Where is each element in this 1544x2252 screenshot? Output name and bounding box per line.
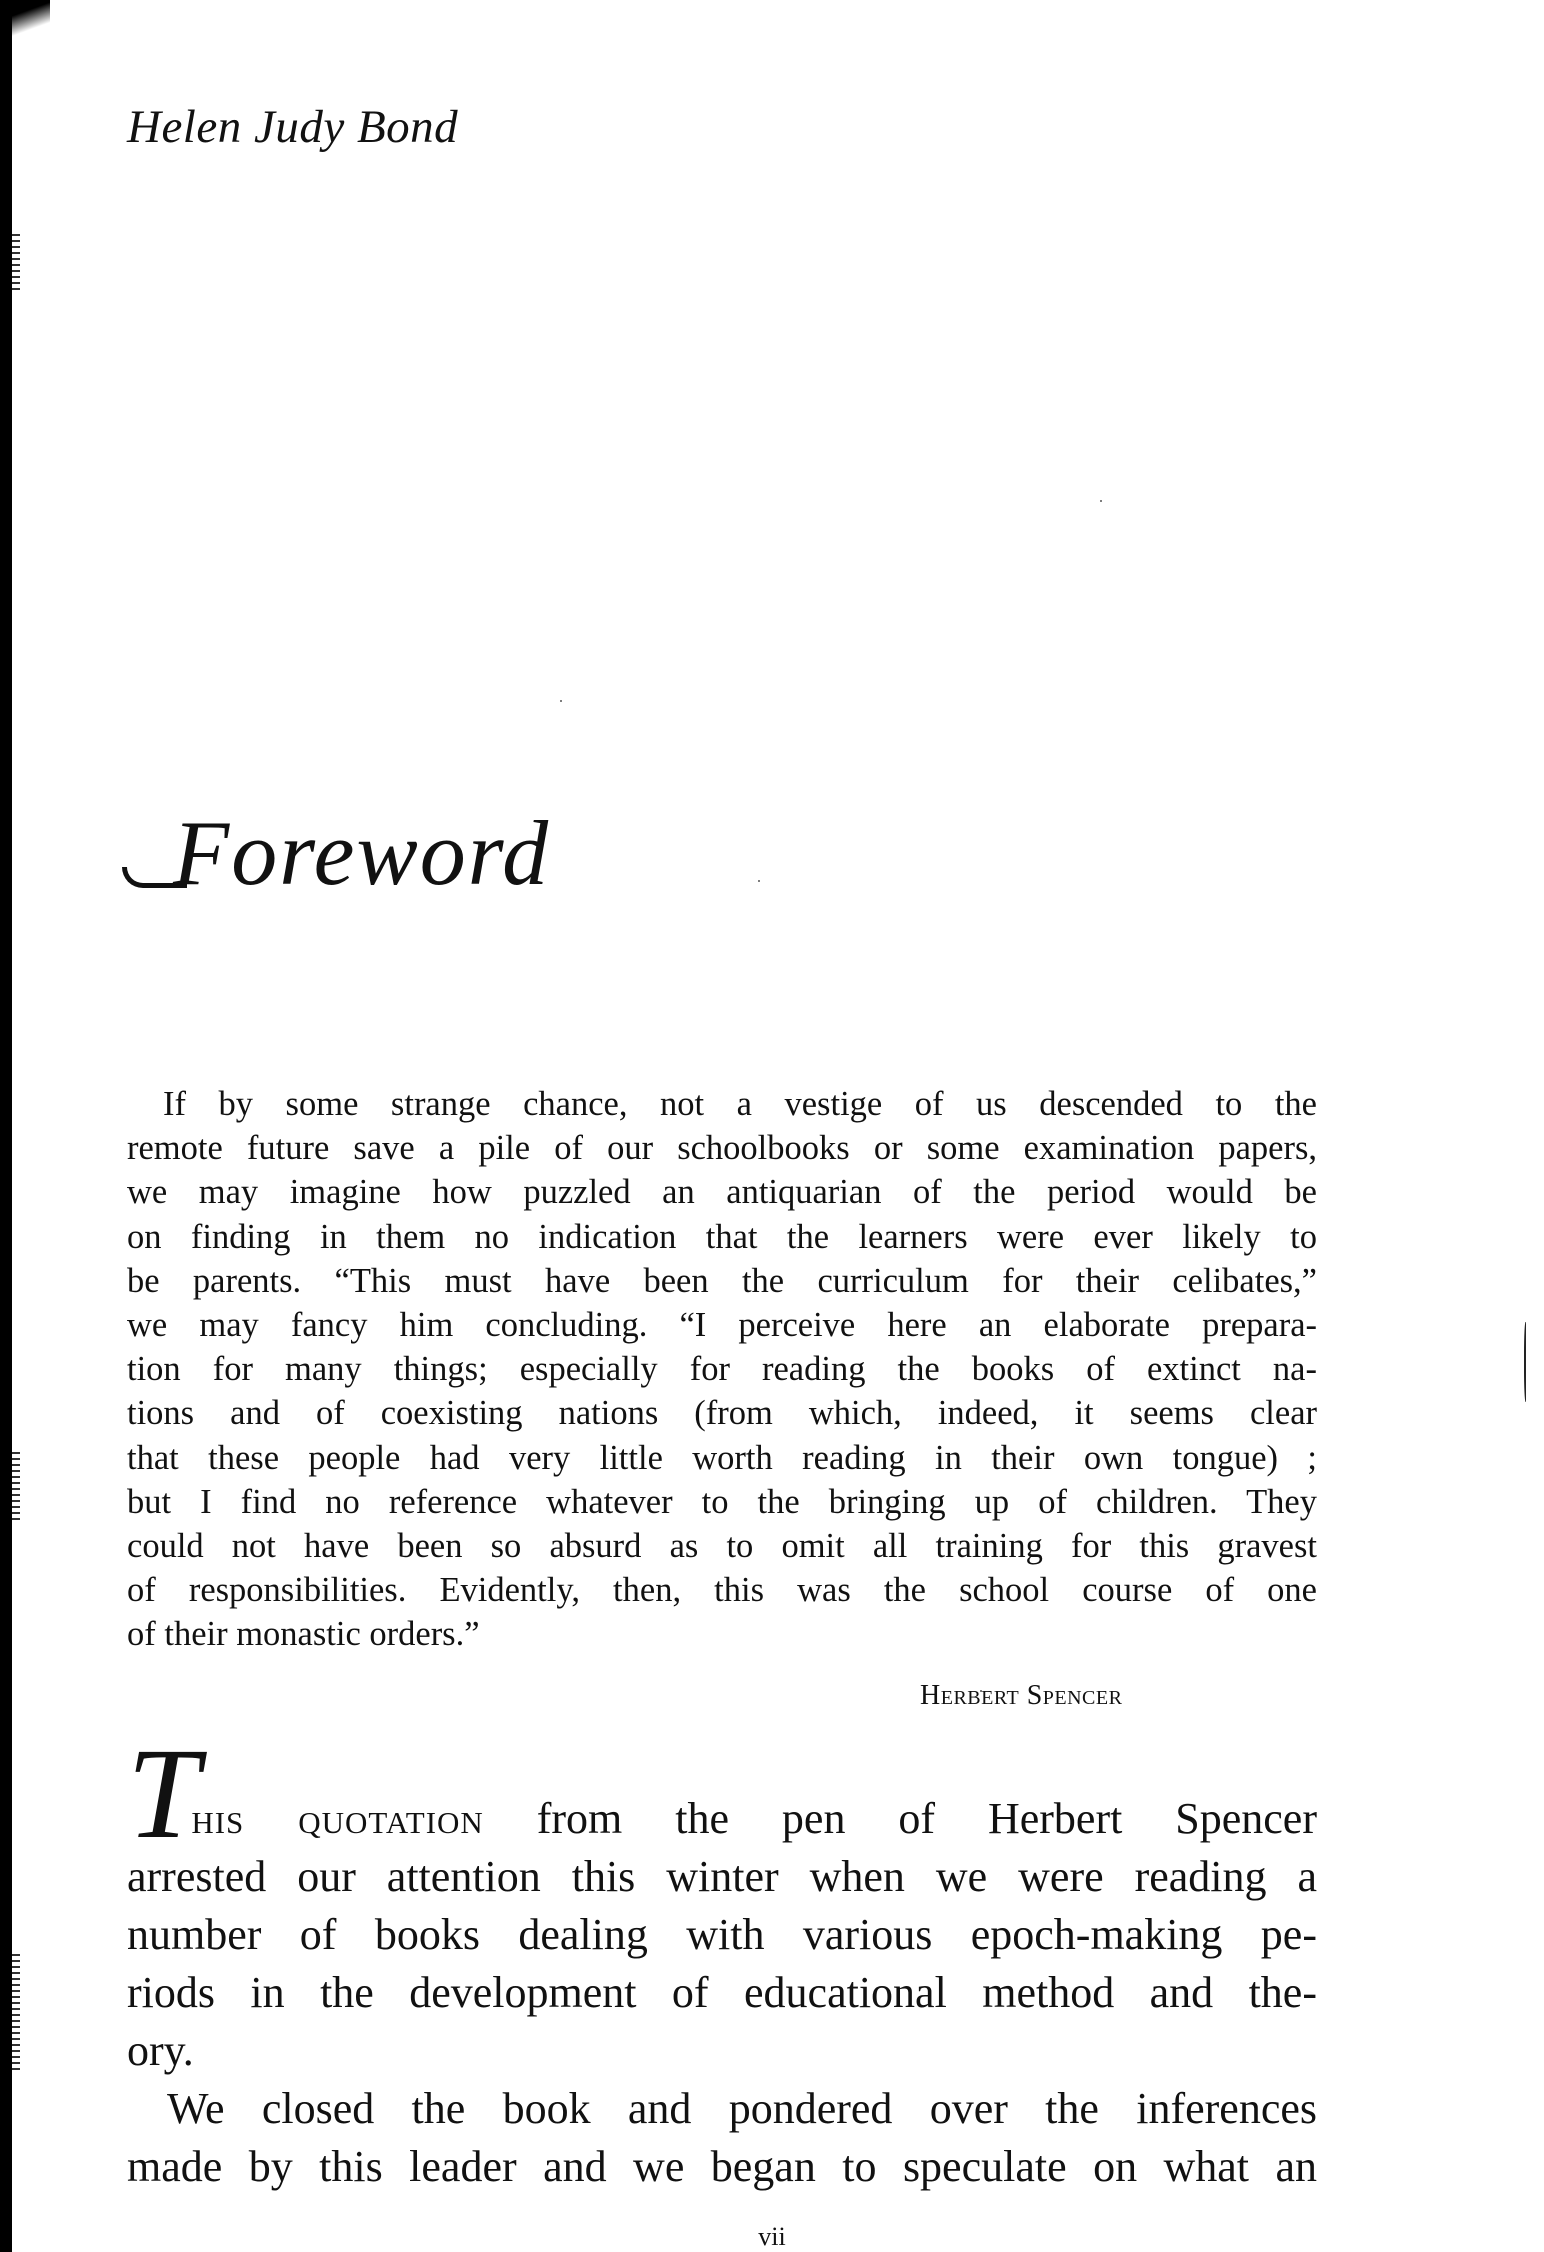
body-line: We closed the book and pondered over the… [127,2080,1317,2138]
running-head-author: Helen Judy Bond [127,100,458,154]
body-line: number of books dealing with various epo… [127,1906,1317,1964]
chapter-title: Foreword [122,800,550,906]
scan-speck [1100,500,1102,502]
epigraph-line: remote future save a pile of our schoolb… [127,1126,1317,1170]
first-line-rest: from the pen of Herbert Spencer [484,1794,1317,1843]
epigraph-attribution: Herbert Spencer [920,1680,1122,1712]
epigraph-line: tion for many things; especially for rea… [127,1347,1317,1391]
margin-pencil-mark [1524,1322,1528,1403]
lead-in-small-caps: his quotation [191,1794,484,1843]
chapter-title-text: Foreword [173,800,550,906]
epigraph-line: If by some strange chance, not a vestige… [127,1082,1317,1126]
drop-cap: T [127,1762,199,1827]
epigraph-line: on finding in them no indication that th… [127,1215,1317,1259]
binding-speckle [10,1950,20,2070]
page-binding-edge [0,0,12,2252]
body-line: ory. [127,2022,1317,2080]
scan-speck [560,700,562,702]
epigraph-line: of their monastic orders.” [127,1612,1317,1656]
epigraph-line: be parents. “This must have been the cur… [127,1259,1317,1303]
binding-speckle [10,230,20,290]
epigraph-line: we may fancy him concluding. “I perceive… [127,1303,1317,1347]
body-line: arrested our attention this winter when … [127,1848,1317,1906]
epigraph-line: tions and of coexisting nations (from wh… [127,1391,1317,1435]
foreword-body: This quotation from the pen of Herbert S… [127,1762,1317,2196]
scan-speck [758,880,760,882]
body-line: made by this leader and we began to spec… [127,2138,1317,2196]
paragraph-1-first-line: This quotation from the pen of Herbert S… [127,1762,1317,1848]
epigraph-line: of responsibilities. Evidently, then, th… [127,1568,1317,1612]
epigraph-line: could not have been so absurd as to omit… [127,1524,1317,1568]
epigraph-quotation: If by some strange chance, not a vestige… [127,1082,1317,1657]
epigraph-line: that these people had very little worth … [127,1436,1317,1480]
body-line: riods in the development of educational … [127,1964,1317,2022]
page-number: vii [0,2222,1544,2252]
epigraph-line: but I find no reference whatever to the … [127,1480,1317,1524]
epigraph-line: we may imagine how puzzled an antiquaria… [127,1170,1317,1214]
binding-speckle [10,1450,20,1520]
